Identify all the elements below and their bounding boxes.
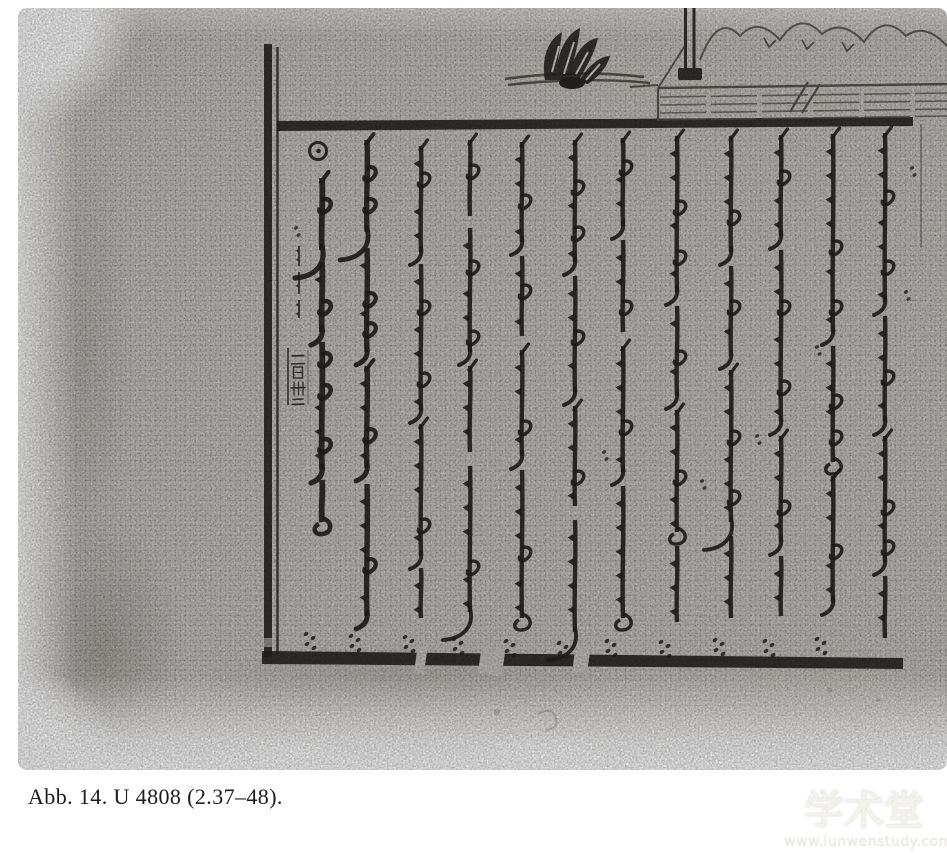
figure-caption: Abb. 14. U 4808 (2.37–48). xyxy=(28,784,283,810)
photo-grain xyxy=(18,8,947,770)
scanned-plate-page: 一百卅二 Abb. 14. U 4808 (2.37–48). 学术堂 www.… xyxy=(0,0,947,865)
manuscript-ink-overlay: 一百卅二 xyxy=(0,0,947,865)
